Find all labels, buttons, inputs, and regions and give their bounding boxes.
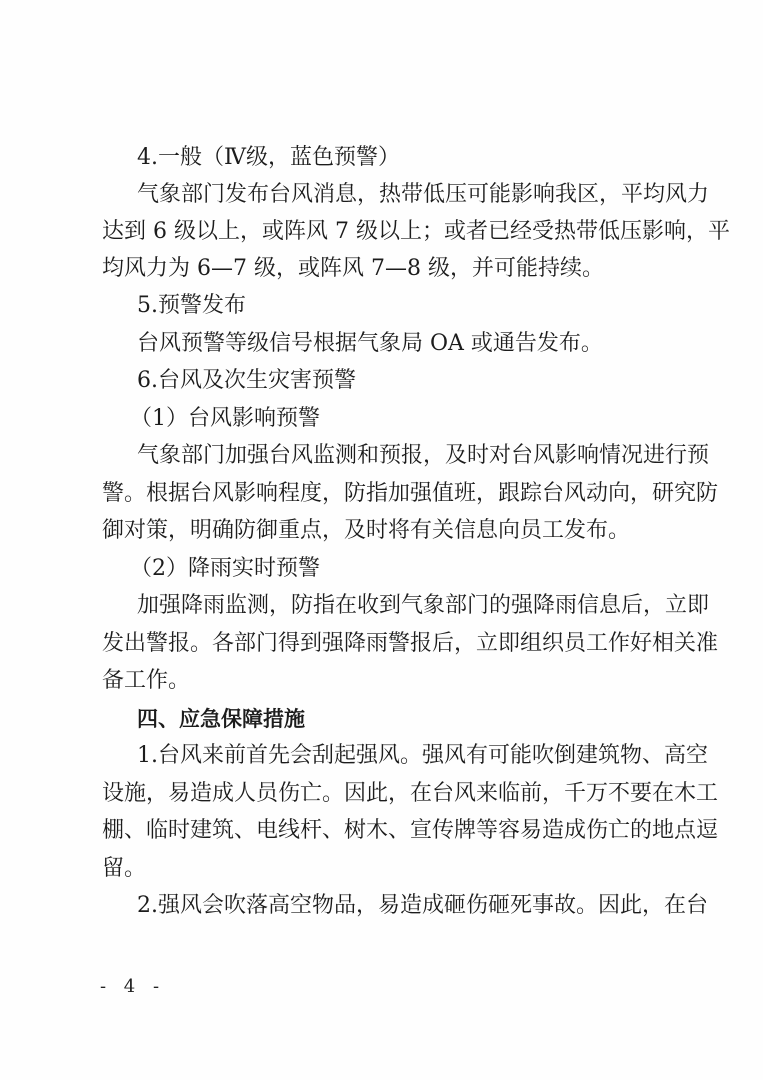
subheading-typhoon-secondary-disaster: 6.台风及次生灾害预警 [137,366,665,396]
paragraph-line: 御对策，明确防御重点，及时将有关信息向员工发布。 [102,516,665,546]
subheading-warning-release: 5.预警发布 [137,291,665,321]
paragraph-line: 1.台风来前首先会刮起强风。强风有可能吹倒建筑物、高空 [137,741,665,771]
paragraph-line: 备工作。 [102,666,665,696]
subheading-rainfall-warning: （2）降雨实时预警 [130,554,693,584]
paragraph-line: 棚、临时建筑、电线杆、树木、宣传牌等容易造成伤亡的地点逗 [102,816,665,846]
paragraph-line: 设施，易造成人员伤亡。因此，在台风来临前，千万不要在木工 [102,779,665,809]
paragraph-line: 气象部门加强台风监测和预报，及时对台风影响情况进行预 [137,441,665,471]
paragraph-line: 达到 6 级以上，或阵风 7 级以上；或者已经受热带低压影响，平 [102,217,665,247]
paragraph-line: 气象部门发布台风消息，热带低压可能影响我区，平均风力 [137,180,665,210]
paragraph-line: 2.强风会吹落高空物品，易造成砸伤砸死事故。因此，在台 [137,891,665,921]
paragraph-line: 台风预警等级信号根据气象局 OA 或通告发布。 [137,329,665,359]
subheading-level-4-general: 4.一般（Ⅳ级，蓝色预警） [137,143,665,173]
paragraph-line: 加强降雨监测，防指在收到气象部门的强降雨信息后，立即 [137,591,665,621]
paragraph-line: 警。根据台风影响程度，防指加强值班，跟踪台风动向，研究防 [102,479,665,509]
paragraph-line: 留。 [102,854,665,884]
page-number: - 4 - [100,973,165,1001]
paragraph-line: 发出警报。各部门得到强降雨警报后，立即组织员工作好相关准 [102,629,665,659]
document-page: 4.一般（Ⅳ级，蓝色预警） 气象部门发布台风消息，热带低压可能影响我区，平均风力… [0,0,763,1080]
section-heading-emergency-measures: 四、应急保障措施 [137,704,665,734]
subheading-typhoon-impact-warning: （1）台风影响预警 [130,404,693,434]
paragraph-line: 均风力为 6—7 级，或阵风 7—8 级，并可能持续。 [102,254,665,284]
